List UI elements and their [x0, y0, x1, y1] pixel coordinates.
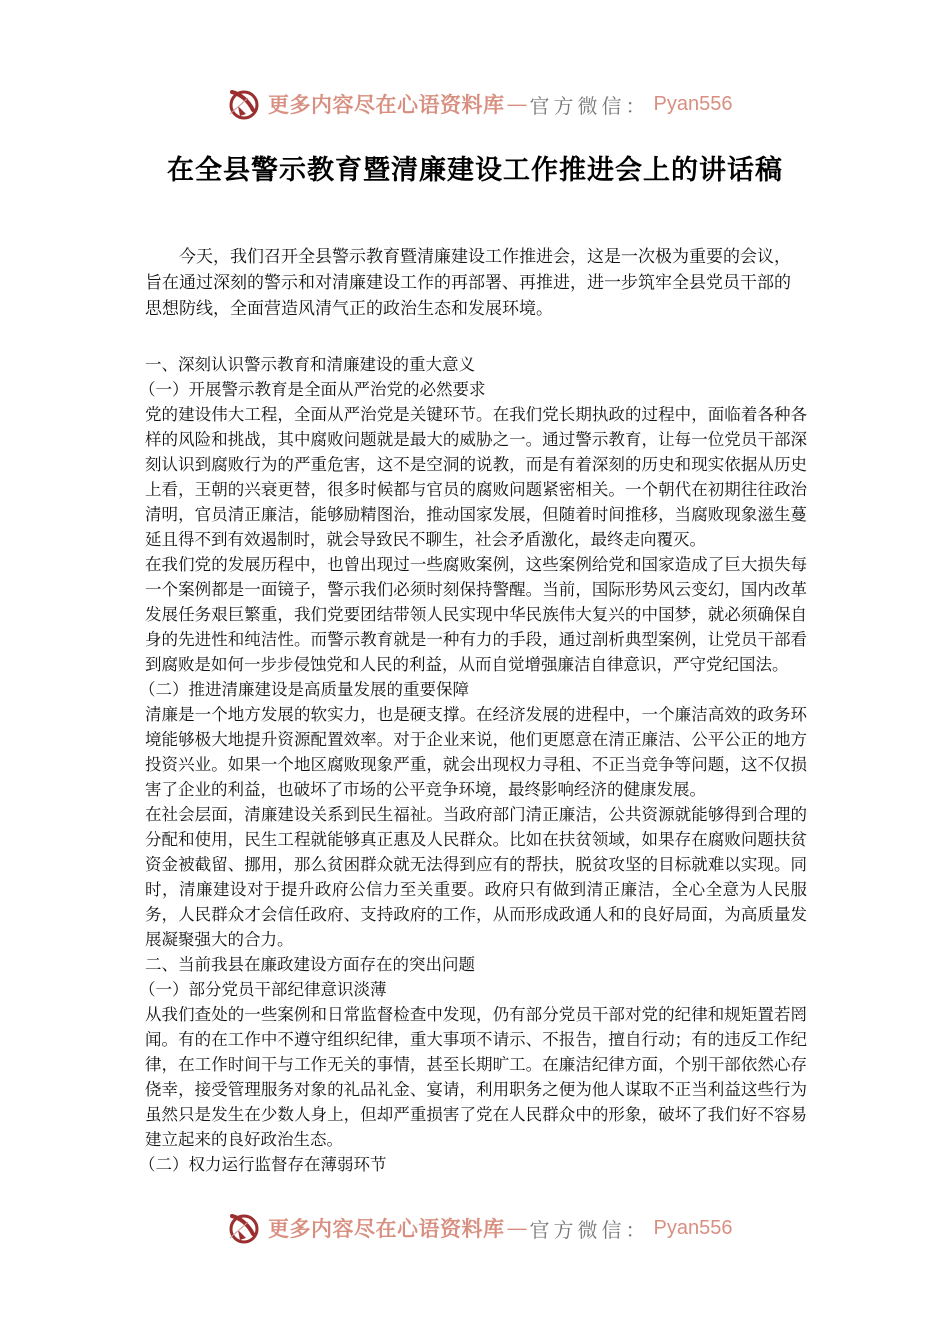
subsection-heading-1-1: （一）开展警示教育是全面从严治党的必然要求	[139, 377, 807, 402]
subsection-heading-2-1: （一）部分党员干部纪律意识淡薄	[139, 977, 807, 1002]
body-paragraph: 清廉是一个地方发展的软实力，也是硬支撑。在经济发展的进程中，一个廉洁高效的政务环…	[145, 702, 807, 802]
banner-main-text: 更多内容尽在心语资料库	[268, 89, 505, 119]
banner-wechat-id: Pyan556	[654, 93, 733, 116]
body-paragraph: 在社会层面，清廉建设关系到民生福祉。当政府部门清正廉洁，公共资源就能够得到合理的…	[145, 802, 807, 952]
section-heading-1: 一、深刻认识警示教育和清廉建设的重大意义	[145, 352, 807, 377]
body-paragraph: 在我们党的发展历程中，也曾出现过一些腐败案例，这些案例给党和国家造成了巨大损失每…	[145, 552, 807, 677]
banner-dash: —	[507, 1216, 528, 1240]
section-heading-2: 二、当前我县在廉政建设方面存在的突出问题	[145, 952, 807, 977]
document-title: 在全县警示教育暨清廉建设工作推进会上的讲话稿	[0, 148, 950, 187]
body-paragraph: 从我们查处的一些案例和日常监督检查中发现，仍有部分党员干部对党的纪律和规矩置若罔…	[145, 1002, 807, 1152]
document-body: 今天，我们召开全县警示教育暨清廉建设工作推进会，这是一次极为重要的会议，旨在通过…	[145, 244, 807, 1177]
quill-pen-logo-icon	[226, 86, 262, 122]
subsection-heading-2-2: （二）权力运行监督存在薄弱环节	[139, 1152, 807, 1177]
banner-main-text: 更多内容尽在心语资料库	[268, 1213, 505, 1243]
header-watermark-banner: 更多内容尽在心语资料库 — 官方微信： Pyan556	[226, 84, 732, 124]
banner-wechat-id: Pyan556	[654, 1217, 733, 1240]
banner-wechat-label: 官方微信：	[530, 90, 650, 119]
banner-dash: —	[507, 92, 528, 116]
footer-watermark-banner: 更多内容尽在心语资料库 — 官方微信： Pyan556	[226, 1208, 732, 1248]
intro-paragraph: 今天，我们召开全县警示教育暨清廉建设工作推进会，这是一次极为重要的会议，旨在通过…	[145, 244, 807, 322]
subsection-heading-1-2: （二）推进清廉建设是高质量发展的重要保障	[139, 677, 807, 702]
body-paragraph: 党的建设伟大工程，全面从严治党是关键环节。在我们党长期执政的过程中，面临着各种各…	[145, 402, 807, 552]
quill-pen-logo-icon	[226, 1210, 262, 1246]
banner-wechat-label: 官方微信：	[530, 1214, 650, 1243]
